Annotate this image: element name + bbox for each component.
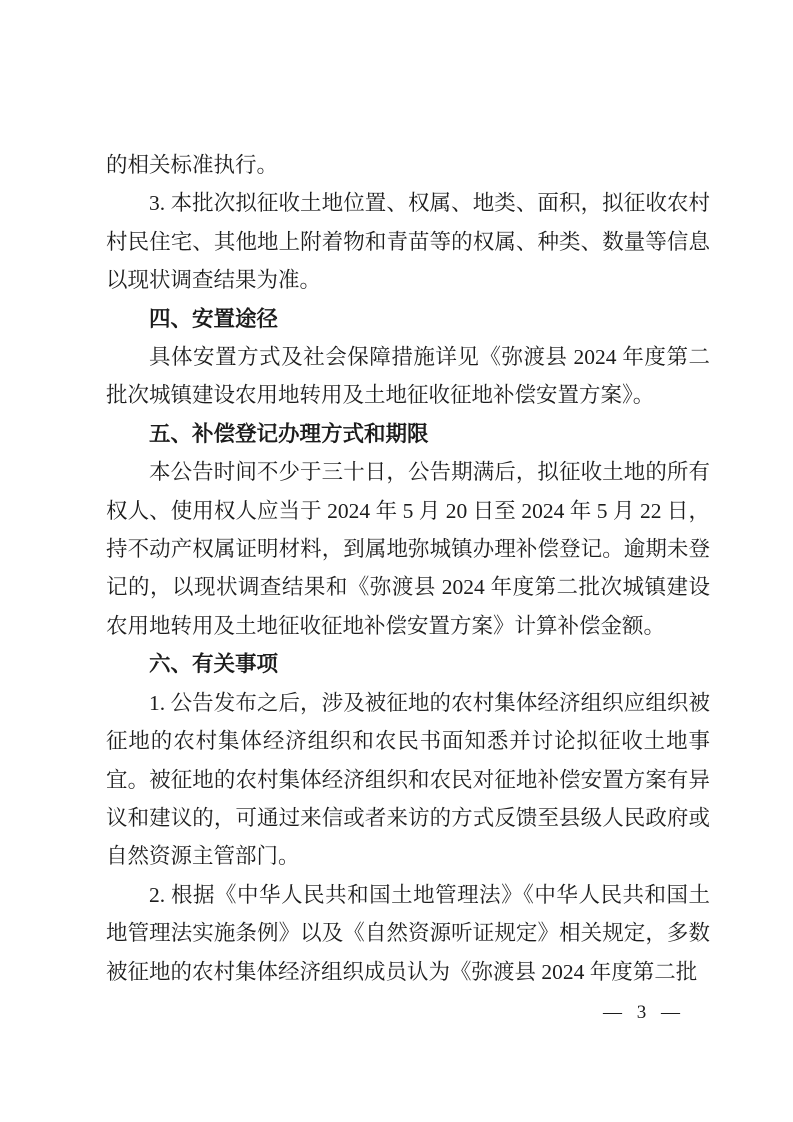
document-page: 的相关标准执行。 3. 本批次拟征收土地位置、权属、地类、面积，拟征收农村村民住…: [0, 0, 793, 1122]
section-heading-6: 六、有关事项: [106, 645, 710, 683]
section-heading-4: 四、安置途径: [106, 300, 710, 338]
paragraph-section-6-item-1: 1. 公告发布之后，涉及被征地的农村集体经济组织应组织被征地的农村集体经济组织和…: [106, 684, 710, 876]
paragraph-section-6-item-2: 2. 根据《中华人民共和国土地管理法》《中华人民共和国土地管理法实施条例》以及《…: [106, 876, 710, 991]
paragraph-section-5: 本公告时间不少于三十日，公告期满后，拟征收土地的所有权人、使用权人应当于 202…: [106, 453, 710, 645]
page-number: — 3 —: [603, 1000, 685, 1026]
paragraph-item-3: 3. 本批次拟征收土地位置、权属、地类、面积，拟征收农村村民住宅、其他地上附着物…: [106, 184, 710, 299]
section-heading-5: 五、补偿登记办理方式和期限: [106, 415, 710, 453]
paragraph-continuation: 的相关标准执行。: [106, 146, 710, 184]
document-body: 的相关标准执行。 3. 本批次拟征收土地位置、权属、地类、面积，拟征收农村村民住…: [106, 146, 710, 991]
paragraph-section-4: 具体安置方式及社会保障措施详见《弥渡县 2024 年度第二批次城镇建设农用地转用…: [106, 338, 710, 415]
